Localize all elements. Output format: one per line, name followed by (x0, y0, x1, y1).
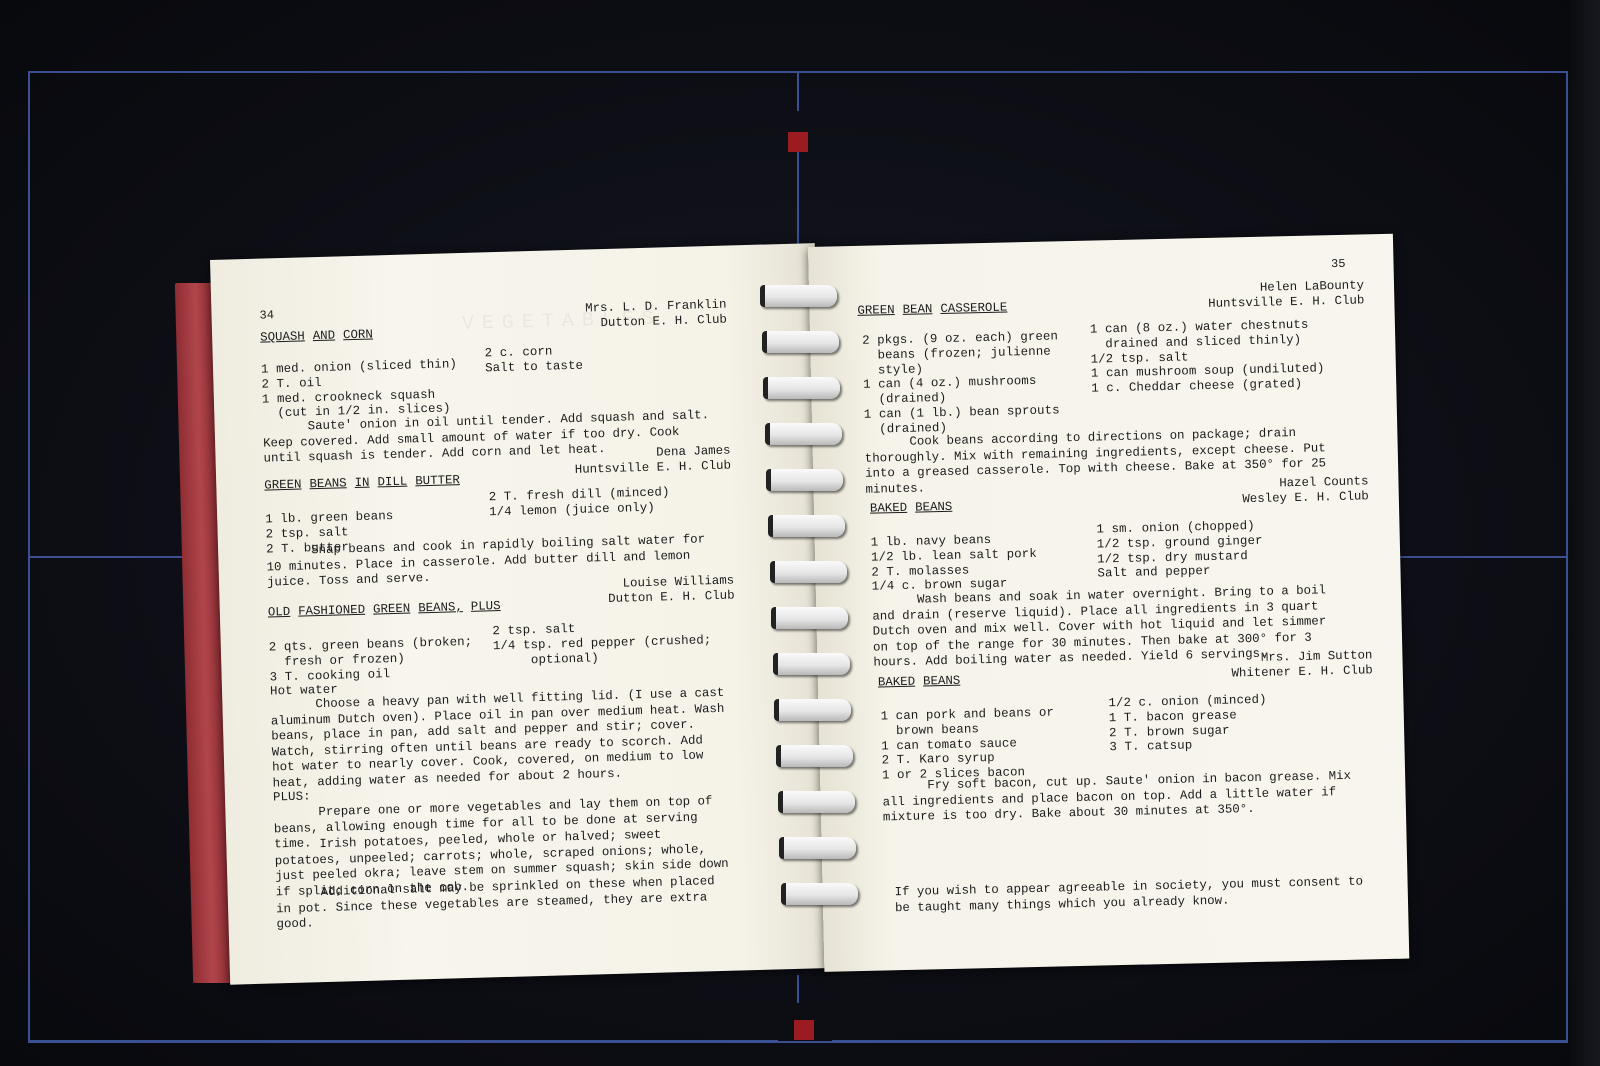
recipe-title-word: OLD (268, 605, 291, 620)
recipe-directions: Choose a heavy pan with well fitting lid… (270, 686, 732, 792)
recipe-title: SQUASHANDCORN (260, 327, 381, 344)
page-number: 35 (1331, 257, 1346, 271)
recipe-title-word: BEANS, (418, 600, 463, 615)
recipe-title-word: BAKED (870, 501, 907, 516)
spiral-ring (766, 469, 843, 491)
closing-quote: If you wish to appear agreeable in socie… (895, 875, 1366, 917)
registration-marker-top (788, 132, 808, 152)
page-number: 34 (259, 308, 274, 322)
ingredients-left: 1 med. onion (sliced thin) 2 T. oil 1 me… (261, 357, 459, 422)
scanner-edge (1570, 0, 1600, 1066)
recipe-title-word: BEANS (309, 476, 347, 491)
recipe-title-word: DILL (377, 475, 407, 490)
recipe-directions: Fry soft bacon, cut up. Saute' onion in … (882, 769, 1353, 826)
recipe-title-word: GREEN (264, 478, 302, 493)
recipe-directions: Cook beans according to directions on pa… (864, 425, 1335, 498)
right-page: 35 GREENBEANCASSEROLE Helen LaBounty Hun… (808, 234, 1409, 972)
plus-label: PLUS: (273, 789, 311, 805)
spiral-ring (768, 515, 845, 537)
ingredients-left: 2 qts. green beans (broken; fresh or fro… (269, 635, 474, 700)
spiral-ring (773, 653, 850, 675)
recipe-club: Wesley E. H. Club (1242, 489, 1369, 507)
left-page: VEGETABLES 34 SQUASHANDCORN Mrs. L. D. F… (210, 243, 835, 985)
recipe-title: BAKEDBEANS (870, 500, 961, 516)
ingredients-left: 1 can pork and beans or brown beans 1 ca… (881, 706, 1056, 784)
spiral-ring (774, 699, 851, 721)
ingredients-right: 2 T. fresh dill (minced) 1/4 lemon (juic… (489, 485, 671, 520)
spiral-ring (779, 837, 856, 859)
ingredients-right: 1 sm. onion (chopped) 1/2 tsp. ground gi… (1096, 519, 1263, 582)
ingredients-left: 1 lb. navy beans 1/2 lb. lean salt pork … (871, 532, 1038, 595)
recipe-title-word: BEAN (902, 302, 932, 317)
guide-line-top-lower (797, 150, 799, 250)
guide-line-right (1400, 556, 1568, 558)
spiral-ring (778, 791, 855, 813)
ingredients-left: 2 pkgs. (9 oz. each) green beans (frozen… (862, 329, 1060, 437)
spiral-ring (770, 561, 847, 583)
recipe-title-word: SQUASH (260, 329, 305, 344)
recipe-club: Huntsville E. H. Club (575, 459, 732, 478)
guide-line-bottom-right (832, 1040, 1568, 1042)
recipe-title-word: AND (313, 329, 336, 344)
guide-line-top (797, 71, 799, 111)
recipe-title: BAKEDBEANS (878, 673, 969, 689)
recipe-title-word: IN (354, 476, 369, 490)
guide-line-bottom-left (28, 1040, 778, 1042)
recipe-title-word: CORN (343, 327, 373, 342)
ingredients-right: 2 c. corn Salt to taste (485, 344, 584, 376)
spiral-ring (776, 745, 853, 767)
recipe-title: OLDFASHIONEDGREENBEANS,PLUS (268, 599, 509, 620)
recipe-title-word: BUTTER (415, 473, 460, 488)
recipe-title: GREENBEANSINDILLBUTTER (264, 473, 468, 493)
recipe-title: GREENBEANCASSEROLE (857, 300, 1015, 318)
ingredients-right: 1 can (8 oz.) water chestnuts drained an… (1090, 317, 1325, 396)
spiral-ring (765, 423, 842, 445)
recipe-title-word: CASSEROLE (940, 300, 1007, 316)
recipe-title-word: BAKED (878, 675, 915, 690)
ingredients-right: 2 tsp. salt 1/4 tsp. red pepper (crushed… (492, 618, 712, 668)
spiral-binding (760, 285, 870, 945)
recipe-title-word: GREEN (373, 602, 411, 617)
spiral-ring (762, 331, 839, 353)
registration-marker-bottom (794, 1020, 814, 1040)
recipe-club: Dutton E. H. Club (608, 588, 735, 606)
recipe-club: Dutton E. H. Club (600, 313, 727, 331)
spiral-ring (771, 607, 848, 629)
ingredients-right: 1/2 c. onion (minced) 1 T. bacon grease … (1108, 693, 1268, 756)
recipe-club: Huntsville E. H. Club (1208, 293, 1364, 311)
guide-line-left (28, 556, 186, 558)
recipe-club: Whitener E. H. Club (1231, 663, 1373, 681)
recipe-title-word: PLUS (471, 599, 501, 614)
guide-line-bottom (797, 975, 799, 1003)
recipe-title-word: BEANS (915, 500, 952, 515)
spiral-ring (781, 883, 858, 905)
spiral-ring (760, 285, 837, 307)
recipe-title-word: BEANS (923, 674, 960, 689)
recipe-title-word: FASHIONED (298, 603, 365, 619)
spiral-ring (763, 377, 840, 399)
